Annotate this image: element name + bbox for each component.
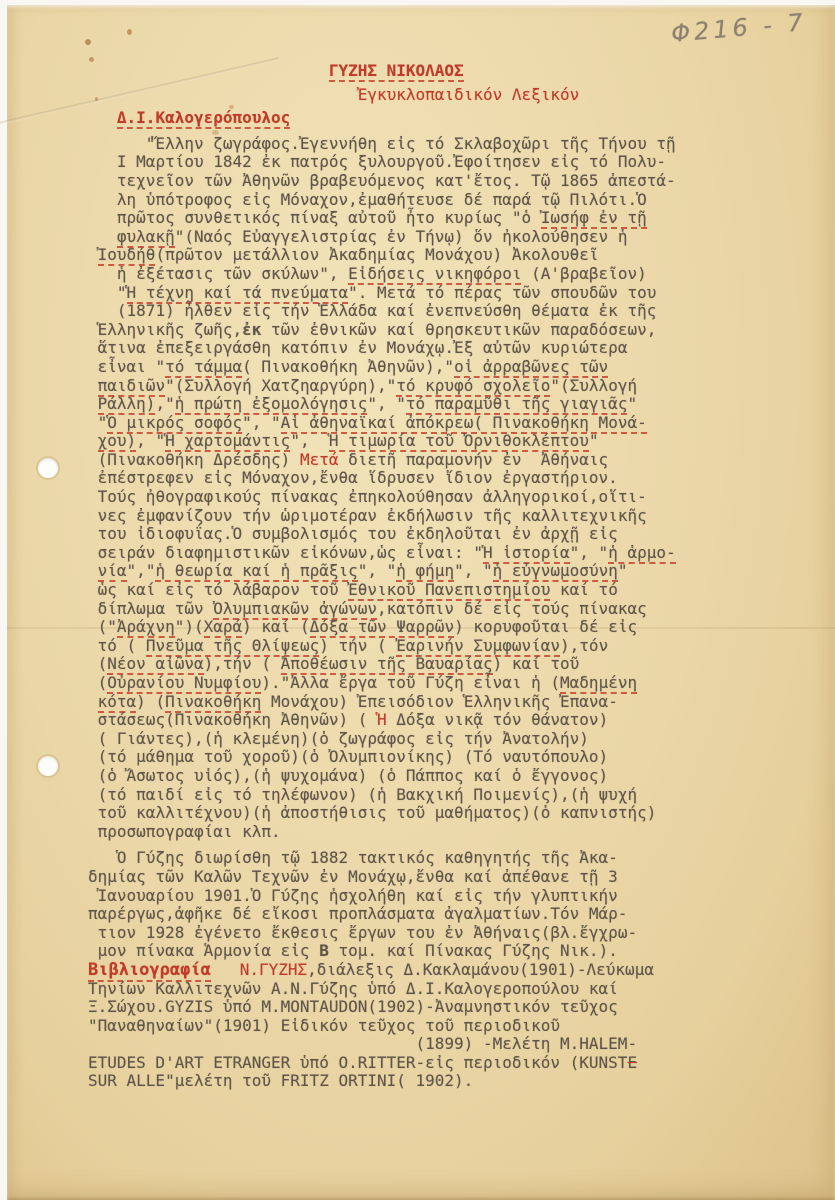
text-segment: νες ἐμφανίζουν τήν ὡριμοτέραν ἐκδήλωσιν … bbox=[98, 506, 647, 525]
text-segment: ),τόν bbox=[560, 636, 608, 655]
text-segment: ETUDES D'ART ETRANGER ὑπό O.RITTER-εἰς π… bbox=[88, 1053, 627, 1072]
typed-line: παιδιῶν"(Συλλογή Χατζηαργύρη),"τό κρυφό … bbox=[88, 377, 808, 396]
typed-line: Ἰανουαρίου 1901.Ὁ Γύζης ἠσχολήθη καί εἰς… bbox=[88, 887, 808, 906]
doc-author: Δ.Ι.Καλογερόπουλος bbox=[88, 109, 808, 128]
text-segment: (πρῶτον μετάλλιον Ἀκαδημίας Μονάχου) Ἀκο… bbox=[155, 245, 598, 264]
text-segment: εἶναι " bbox=[98, 357, 165, 376]
text-segment: Δόξα νικᾷ τόν θάνατον) bbox=[387, 710, 609, 729]
text-segment: Β bbox=[319, 941, 329, 960]
typed-line: ἐπέστρεφεν εἰς Μόναχον,ἔνθα ἵδρυσεν ἴδιο… bbox=[88, 469, 808, 488]
text-segment: λη ὑπότροφος εἰς Μόναχον,ἐμαθήτευσε δέ π… bbox=[117, 190, 647, 209]
typed-line: παρέργως,ἀφῆκε δέ εἴκοσι προπλάσματα ἀγα… bbox=[88, 905, 808, 924]
text-segment: (Πινακοθήκη Δρέσδης) bbox=[98, 450, 300, 469]
typed-line: Ἰουδήθ(πρῶτον μετάλλιον Ἀκαδημίας Μονάχο… bbox=[88, 246, 808, 265]
typed-line: προσωπογραφίαι κλπ. bbox=[88, 823, 808, 842]
text-segment: τοῦ καλλιτέχνου)(ἡ ἀποστήθισις τοῦ μαθήμ… bbox=[98, 803, 657, 822]
typed-line: "Ἡ τέχνη καί τά πνεύματα". Μετά τό πέρας… bbox=[88, 284, 808, 303]
typed-line: (τό παιδί εἰς τό τηλέφωνον) (ἡ Βακχική Π… bbox=[88, 786, 808, 805]
text-segment: σειράν διαφημιστικῶν εἰκόνων,ὡς εἶναι: " bbox=[98, 543, 483, 562]
text-segment: ) κορυφοῦται δέ εἰς bbox=[454, 617, 637, 636]
typed-line: (1899) -Μελέτη M.HALEM- bbox=[88, 1035, 808, 1054]
text-segment: (ὁ Ἄσωτος υἱός),(ἡ ψυχομάνα) (ὁ Πάππος κ… bbox=[98, 766, 609, 785]
text-segment: Οὐρανίου Νυμφίου bbox=[107, 673, 261, 694]
text-segment: ἡ ἐξέτασις τῶν σκύλων", bbox=[117, 264, 348, 283]
text-segment: "Παναθηναίων"(1901) Εἰδικόν τεῦχος τοῦ π… bbox=[88, 1016, 560, 1035]
text-segment: τό ( bbox=[98, 636, 146, 655]
text-segment: δημίας τῶν Καλῶν Τεχνῶν ἐν Μονάχῳ,ἔνθα κ… bbox=[88, 867, 618, 886]
punch-hole-bottom bbox=[38, 756, 58, 776]
typed-line: τιον 1928 ἐγένετο ἔκθεσις ἔργων του ἐν Ἀ… bbox=[88, 924, 808, 943]
text-segment: ")( bbox=[175, 617, 204, 636]
typed-line: ( Γιάντες),(ἡ κλεμένη)(ὁ ζωγράφος εἰς τή… bbox=[88, 730, 808, 749]
typed-line: Τηνίων Καλλιτεχνῶν Α.Ν.Γύζης ὑπό Δ.Ι.Καλ… bbox=[88, 980, 808, 999]
foxing-spot bbox=[85, 39, 91, 45]
text-segment: Μετά bbox=[300, 450, 339, 469]
typed-line: δίπλωμα τῶν Ὀλυμπιακῶν ἀγώνων,κατόπιν δέ… bbox=[88, 600, 808, 619]
text-segment: τό παραμῦθι τῆς γιαγιᾶς bbox=[406, 394, 628, 415]
text-segment: Ι Μαρτίου 1842 ἐκ πατρός ξυλουργοῦ.Ἐφοίτ… bbox=[117, 152, 666, 171]
text-segment: ", " bbox=[242, 413, 281, 432]
text-segment: τῶν ἐθνικῶν καί θρησκευτικῶν παραδόσεων, bbox=[261, 320, 656, 339]
typed-line: φυλακῇ"(Ναός Εὐαγγελιστρίας ἐν Τήνῳ) ὅν … bbox=[88, 228, 808, 247]
typed-line: ὡς καί εἰς τό λάβαρον τοῦ Ἐθνικοῦ Πανεπι… bbox=[88, 581, 808, 600]
text-segment: )."Ἀλλα ἔργα τοῦ Γύζη εἶναι ἡ ( bbox=[261, 673, 560, 692]
text-segment: ) ( bbox=[136, 692, 165, 711]
text-segment: ) καί τοῦ bbox=[493, 654, 580, 673]
text-segment: πρῶτος συνθετικός πίναξ αὐτοῦ ἦτο κυρίως… bbox=[117, 208, 541, 227]
text-segment: ),τήν ( bbox=[204, 654, 281, 673]
doc-title: ΓΥΖΗΣ ΝΙΚΟΛΑΟΣ bbox=[88, 62, 808, 81]
typed-line: νία","ἡ θεωρία καί ἡ πρᾶξις", "ἡ φήμη", … bbox=[88, 562, 808, 581]
text-segment: ," bbox=[155, 394, 174, 413]
text-segment: τομ. καί Πίνακας Γύζης Νικ.). bbox=[329, 941, 618, 960]
text-segment: διετῆ παραμονήν ἐν Ἀθήναις bbox=[338, 450, 608, 469]
text-segment: (Α'βραβεῖον) bbox=[521, 264, 646, 283]
typed-line: του ἰδιοφυΐας.Ὁ συμβολισμός του ἐκδηλοῦτ… bbox=[88, 525, 808, 544]
text-segment: "(Ναός Εὐαγγελιστρίας ἐν Τήνῳ) ὅν ἠκολού… bbox=[175, 227, 628, 246]
typed-line: Ι Μαρτίου 1842 ἐκ πατρός ξυλουργοῦ.Ἐφοίτ… bbox=[88, 153, 808, 172]
typed-line: χου), "Ἡ χαρτομάντις", Ἡ τιμωρία τοῦ Ὀρν… bbox=[88, 432, 808, 451]
typed-line: τοῦ καλλιτέχνου)(ἡ ἀποστήθισις τοῦ μαθήμ… bbox=[88, 804, 808, 823]
text-segment: "," bbox=[127, 561, 156, 580]
text-segment: " bbox=[627, 394, 637, 413]
typed-line: μον πίνακα Ἁρμονία εἰς Β τομ. καί Πίνακα… bbox=[88, 942, 808, 961]
typed-line: ETUDES D'ART ETRANGER ὑπό O.RITTER-εἰς π… bbox=[88, 1054, 808, 1073]
text-segment: Τούς ἠθογραφικούς πίνακας ἐπηκολούθησαν … bbox=[98, 487, 647, 506]
punch-hole-top bbox=[38, 458, 58, 478]
typed-line: λη ὑπότροφος εἰς Μόναχον,ἐμαθήτευσε δέ π… bbox=[88, 191, 808, 210]
typed-text: ΓΥΖΗΣ ΝΙΚΟΛΑΟΣ Ἐγκυκλοπαιδικόν Λεξικόν Δ… bbox=[88, 62, 808, 1091]
text-segment: ( Πινακοθήκη Ἀθηνῶν)," bbox=[242, 357, 454, 376]
text-segment: δίπλωμα τῶν bbox=[98, 599, 214, 618]
text-segment: ", " bbox=[570, 543, 609, 562]
text-segment: " bbox=[618, 561, 628, 580]
text-segment: μον πίνακα Ἁρμονία εἰς bbox=[98, 941, 320, 960]
typed-line: πρῶτος συνθετικός πίναξ αὐτοῦ ἦτο κυρίως… bbox=[88, 209, 808, 228]
text-segment: ( Γιάντες),(ἡ κλεμένη)(ὁ ζωγράφος εἰς τή… bbox=[98, 729, 589, 748]
foxing-spot bbox=[127, 29, 132, 35]
typed-line: (Οὐρανίου Νυμφίου)."Ἀλλα ἔργα τοῦ Γύζη ε… bbox=[88, 674, 808, 693]
typed-line: εἶναι "τό τάμμα( Πινακοθήκη Ἀθηνῶν),"οἱ … bbox=[88, 358, 808, 377]
text-segment: Ν.ΓΥΖΗΣ bbox=[240, 960, 307, 979]
typed-line: τό ( Πνεῦμα τῆς Θλίψεως) τήν ( Ἐαρινήν Σ… bbox=[88, 637, 808, 656]
text-segment: τεχνεῖον τῶν Ἀθηνῶν βραβευόμενος κατ'ἔτο… bbox=[117, 171, 676, 190]
typed-line: (ὁ Ἄσωτος υἱός),(ἡ ψυχομάνα) (ὁ Πάππος κ… bbox=[88, 767, 808, 786]
typed-line: ("Ἀράχνη")(Χαρά) καί (Δόξα τῶν Ψαρρῶν) κ… bbox=[88, 618, 808, 637]
typed-line: Ἑλληνικῆς ζωῆς,ἐκ τῶν ἐθνικῶν καί θρησκε… bbox=[88, 321, 808, 340]
text-segment: ἅτινα ἐπεξειργάσθη κατόπιν ἐν Μονάχῳ.Ἐξ … bbox=[98, 338, 628, 357]
text-segment: παρέργως,ἀφῆκε δέ εἴκοσι προπλάσματα ἀγα… bbox=[88, 904, 627, 923]
typed-line: ἅτινα ἐπεξειργάσθη κατόπιν ἐν Μονάχῳ.Ἐξ … bbox=[88, 339, 808, 358]
text-segment: ΓΥΖΗΣ ΝΙΚΟΛΑΟΣ bbox=[329, 61, 464, 82]
text-segment: ) καί ( bbox=[242, 617, 309, 636]
text-segment: ( bbox=[98, 673, 108, 692]
text-segment: ,διάλεξις Δ.Κακλαμάνου(1901)-Λεύκωμα bbox=[307, 960, 654, 979]
text-segment: Ξ.Σώχου.GYZIS ὑπό M.MONTAUDON(1902)-Ἀναμ… bbox=[88, 997, 618, 1016]
typed-line: Ράλλη),"ἡ πρώτη ἐξομολόγησις", "τό παραμ… bbox=[88, 395, 808, 414]
typed-line: τεχνεῖον τῶν Ἀθηνῶν βραβευόμενος κατ'ἔτο… bbox=[88, 172, 808, 191]
text-segment: " bbox=[98, 413, 108, 432]
text-segment: (" bbox=[98, 617, 117, 636]
text-segment: (τό παιδί εἰς τό τηλέφωνον) (ἡ Βακχική Π… bbox=[98, 785, 637, 804]
text-segment: ", " bbox=[454, 561, 493, 580]
text-segment: " bbox=[117, 283, 127, 302]
typed-line: "Ὁ μικρός σοφός", "Αἱ ἀθηναϊκαί ἀπόκρεω(… bbox=[88, 414, 808, 433]
text-segment: "(Συλλογή Χατζηαργύρη)," bbox=[165, 376, 396, 395]
text-segment: Τηνίων Καλλιτεχνῶν Α.Ν.Γύζης ὑπό Δ.Ι.Καλ… bbox=[88, 979, 618, 998]
text-segment: Ὁ Γύζης διωρίσθη τῷ 1882 τακτικός καθηγη… bbox=[117, 848, 618, 867]
typed-line: Τούς ἠθογραφικούς πίνακας ἐπηκολούθησαν … bbox=[88, 488, 808, 507]
text-segment: ἐκ bbox=[242, 320, 261, 339]
text-segment: ,κατόπιν δέ εἰς τούς πίνακας bbox=[377, 599, 647, 618]
text-segment: ἐπέστρεφεν εἰς Μόναχον,ἔνθα ἵδρυσεν ἴδιο… bbox=[98, 468, 618, 487]
text-segment: ) τήν ( bbox=[319, 636, 396, 655]
text-segment: Δ.Ι.Καλογερόπουλος bbox=[117, 108, 290, 129]
text-segment: E bbox=[627, 1053, 637, 1072]
typed-line: Ξ.Σώχου.GYZIS ὑπό M.MONTAUDON(1902)-Ἀναμ… bbox=[88, 998, 808, 1017]
text-segment: "(Συλλογή bbox=[550, 376, 637, 395]
text-segment: ", " bbox=[358, 561, 397, 580]
text-segment: Ἑλληνικῆς ζωῆς, bbox=[98, 320, 243, 339]
text-segment: τιον 1928 ἐγένετο ἔκθεσις ἔργων του ἐν Ἀ… bbox=[98, 923, 637, 942]
doc-subtitle: Ἐγκυκλοπαιδικόν Λεξικόν bbox=[88, 86, 808, 105]
typed-line: στάσεως(Πινακοθήκη Ἀθηνῶν) ( Ἡ Δόξα νικᾷ… bbox=[88, 711, 808, 730]
typed-line: νες ἐμφανίζουν τήν ὡριμοτέραν ἐκδήλωσιν … bbox=[88, 507, 808, 526]
text-segment: , " bbox=[136, 431, 165, 450]
text-segment: καί τό bbox=[550, 580, 617, 599]
text-segment: Ἰανουαρίου 1901.Ὁ Γύζης ἠσχολήθη καί εἰς… bbox=[98, 886, 618, 905]
text-segment: του ἰδιοφυΐας.Ὁ συμβολισμός του ἐκδηλοῦτ… bbox=[98, 524, 618, 543]
typed-line: (Νέον αἰῶνα),τήν ( Ἀποθέωσιν τῆς Βαυαρία… bbox=[88, 655, 808, 674]
text-segment: στάσεως(Πινακοθήκη Ἀθηνῶν) ( bbox=[98, 710, 377, 729]
typed-line: Ὁ Γύζης διωρίσθη τῷ 1882 τακτικός καθηγη… bbox=[88, 849, 808, 868]
text-segment: ὡς καί εἰς τό λάβαρον τοῦ bbox=[98, 580, 348, 599]
text-segment bbox=[211, 960, 240, 979]
text-segment: Μονάχου) Ἐπεισόδιον Ἑλληνικῆς Ἐπανα- bbox=[261, 692, 617, 711]
text-segment: Ἡ bbox=[377, 710, 387, 729]
text-segment: (1899) -Μελέτη M.HALEM- bbox=[416, 1034, 638, 1053]
typed-line: δημίας τῶν Καλῶν Τεχνῶν ἐν Μονάχῳ,ἔνθα κ… bbox=[88, 868, 808, 887]
typed-line: "Παναθηναίων"(1901) Εἰδικόν τεῦχος τοῦ π… bbox=[88, 1017, 808, 1036]
text-segment: SUR ALLE"μελέτη τοῦ FRITZ ORTINI( 1902). bbox=[88, 1071, 473, 1090]
typed-line: (τό μάθημα τοῦ χοροῦ)(ὁ Ὀλυμπιονίκης) (Τ… bbox=[88, 748, 808, 767]
typed-line: "Ἕλλην ζωγράφος.Ἐγεννήθη εἰς τό Σκλαβοχῶ… bbox=[88, 135, 808, 154]
text-segment: "Ἕλλην ζωγράφος.Ἐγεννήθη εἰς τό Σκλαβοχῶ… bbox=[146, 134, 676, 153]
text-segment: ( bbox=[98, 654, 108, 673]
typed-line: SUR ALLE"μελέτη τοῦ FRITZ ORTINI( 1902). bbox=[88, 1072, 808, 1091]
text-segment: (1871) ἦλθεν εἰς τήν Ἑλλάδα καί ἐνεπνεύσ… bbox=[117, 301, 656, 320]
typed-line: (Πινακοθήκη Δρέσδης) Μετά διετῆ παραμονή… bbox=[88, 451, 808, 470]
typed-line: σειράν διαφημιστικῶν εἰκόνων,ὡς εἶναι: "… bbox=[88, 544, 808, 563]
text-segment: ". Μετά τό πέρας τῶν σπουδῶν του bbox=[348, 283, 656, 302]
text-segment: (τό μάθημα τοῦ χοροῦ)(ὁ Ὀλυμπιονίκης) (Τ… bbox=[98, 747, 609, 766]
text-segment: ", " bbox=[367, 394, 406, 413]
text-segment: προσωπογραφίαι κλπ. bbox=[98, 822, 281, 841]
text-segment: Ἐγκυκλοπαιδικόν Λεξικόν bbox=[358, 85, 580, 104]
text-segment: " bbox=[589, 431, 599, 450]
typed-line: ἡ ἐξέτασις τῶν σκύλων", Εἰδήσεις νικηφόρ… bbox=[88, 265, 808, 284]
text-segment: ", bbox=[290, 431, 329, 450]
typed-line: (1871) ἦλθεν εἰς τήν Ἑλλάδα καί ἐνεπνεύσ… bbox=[88, 302, 808, 321]
bibliography-heading-line: Βιβλιογραφία Ν.ΓΥΖΗΣ,διάλεξις Δ.Κακλαμάν… bbox=[88, 961, 808, 980]
typed-line: κότα) (Πινακοθήκη Μονάχου) Ἐπεισόδιον Ἑλ… bbox=[88, 693, 808, 712]
